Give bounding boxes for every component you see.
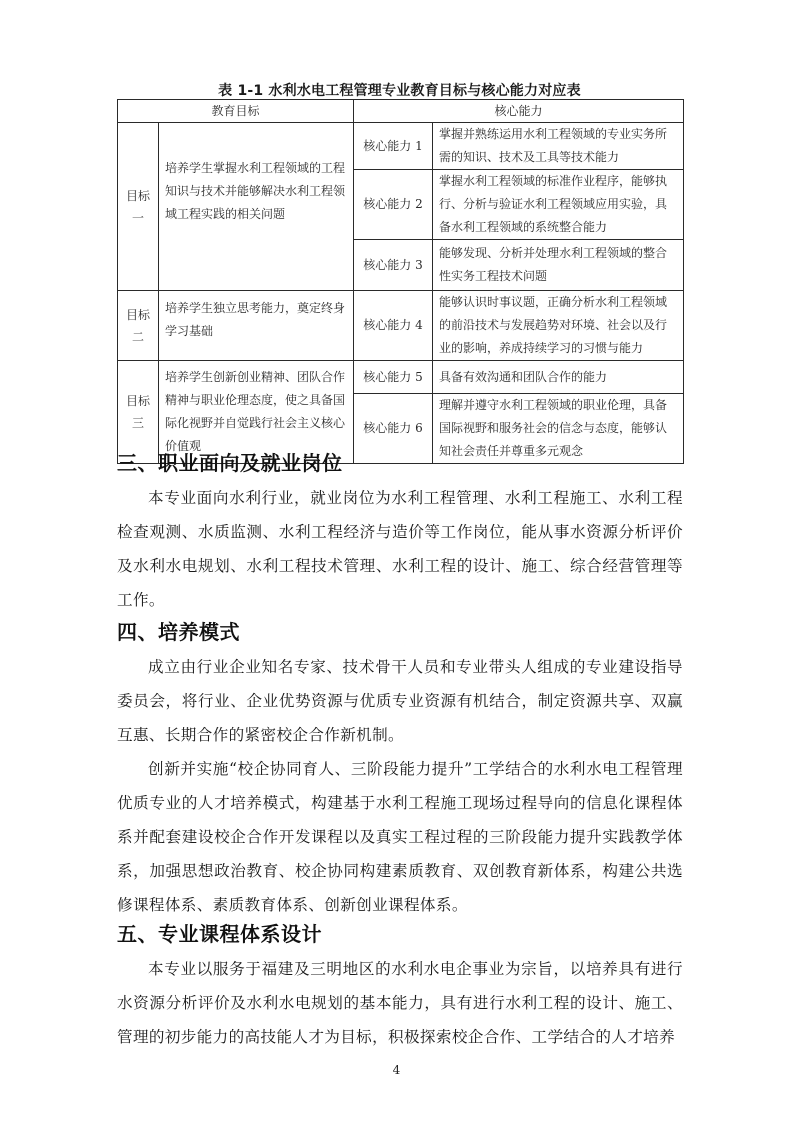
ability-description: 掌握水利工程领域的标准作业程序，能够执行、分析与验证水利工程领域应用实验，具备水…	[433, 170, 684, 240]
table-row: 目标 二 培养学生独立思考能力，奠定终身学习基础 核心能力 4 能够认识时事议题…	[118, 291, 684, 361]
goal-description: 培养学生独立思考能力，奠定终身学习基础	[159, 291, 354, 361]
ability-name: 核心能力 6	[354, 394, 433, 464]
table-row: 目标 一 培养学生掌握水利工程领域的工程知识与技术并能够解决水利工程领域工程实践…	[118, 123, 684, 170]
ability-description: 理解并遵守水利工程领域的职业伦理，具备国际视野和服务社会的信念与态度，能够认知社…	[433, 394, 684, 464]
ability-description: 能够发现、分析并处理水利工程领域的整合性实务工程技术问题	[433, 240, 684, 291]
header-goals: 教育目标	[118, 100, 354, 123]
document-page: 表 1-1 水利水电工程管理专业教育目标与核心能力对应表 教育目标 核心能力 目…	[0, 0, 793, 1122]
paragraph: 本专业以服务于福建及三明地区的水利水电企事业为宗旨，以培养具有进行水资源分析评价…	[117, 952, 683, 1054]
paragraph: 创新并实施“校企协同育人、三阶段能力提升”工学结合的水利水电工程管理优质专业的人…	[117, 752, 683, 922]
page-number: 4	[0, 1063, 793, 1077]
ability-description: 具备有效沟通和团队合作的能力	[433, 361, 684, 394]
ability-name: 核心能力 1	[354, 123, 433, 170]
goal-label: 目标 一	[118, 123, 159, 291]
ability-name: 核心能力 5	[354, 361, 433, 394]
goal-description: 培养学生掌握水利工程领域的工程知识与技术并能够解决水利工程领域工程实践的相关问题	[159, 123, 354, 291]
paragraph: 本专业面向水利行业，就业岗位为水利工程管理、水利工程施工、水利工程检查观测、水质…	[117, 481, 683, 617]
ability-description: 能够认识时事议题，正确分析水利工程领域的前沿技术与发展趋势对环境、社会以及行业的…	[433, 291, 684, 361]
goals-abilities-table: 教育目标 核心能力 目标 一 培养学生掌握水利工程领域的工程知识与技术并能够解决…	[117, 99, 684, 464]
paragraph: 成立由行业企业知名专家、技术骨干人员和专业带头人组成的专业建设指导委员会，将行业…	[117, 650, 683, 752]
table-row: 目标 三 培养学生创新创业精神、团队合作精神与职业伦理态度，使之具备国际化视野并…	[118, 361, 684, 394]
section-heading-career: 三、职业面向及就业岗位	[117, 447, 343, 476]
ability-name: 核心能力 2	[354, 170, 433, 240]
table-caption: 表 1-1 水利水电工程管理专业教育目标与核心能力对应表	[117, 80, 682, 100]
table-header-row: 教育目标 核心能力	[118, 100, 684, 123]
goal-label: 目标 二	[118, 291, 159, 361]
ability-name: 核心能力 4	[354, 291, 433, 361]
header-abilities: 核心能力	[354, 100, 684, 123]
ability-description: 掌握并熟练运用水利工程领域的专业实务所需的知识、技术及工具等技术能力	[433, 123, 684, 170]
section-heading-training-mode: 四、培养模式	[117, 616, 240, 645]
ability-name: 核心能力 3	[354, 240, 433, 291]
section-heading-curriculum: 五、专业课程体系设计	[117, 918, 322, 947]
